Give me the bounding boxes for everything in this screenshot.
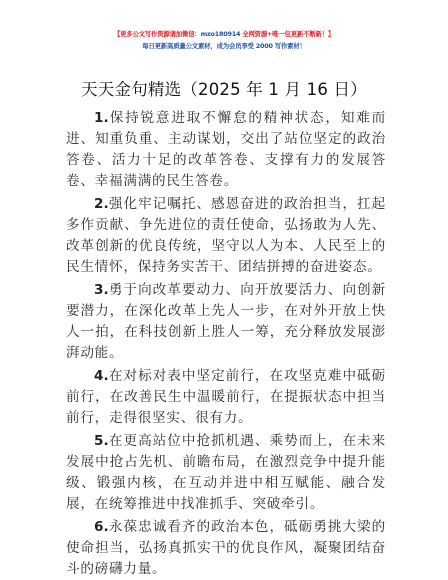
paragraph-text: 在更高站位中抢抓机遇、乘势而上，在未来发展中抢占先机、前瞻布局，在激烈竞争中提升… [66, 433, 386, 512]
paragraph-number: 2. [94, 196, 109, 212]
paragraph-number: 1. [94, 110, 109, 126]
quote-paragraph-4: 4.在对标对表中坚定前行，在攻坚克难中砥砺前行，在改善民生中温暖前行，在提振状态… [66, 366, 386, 429]
quote-paragraph-2: 2.强化牢记嘱托、感恩奋进的政治担当，扛起多作贡献、争先进位的责任使命，弘扬敢为… [66, 194, 386, 278]
quote-paragraph-3: 3.勇于向改革要动力、向开放要活力、向创新要潜力，在深化改革上先人一步，在对外开… [66, 280, 386, 364]
paragraph-number: 6. [94, 519, 109, 535]
paragraph-text: 强化牢记嘱托、感恩奋进的政治担当，扛起多作贡献、争先进位的责任使命，弘扬敢为人先… [66, 196, 386, 275]
promo-suffix: 全网资源+唯一包更新不断新！】 [240, 30, 334, 38]
paragraph-text: 在对标对表中坚定前行，在攻坚克难中砥砺前行，在改善民生中温暖前行，在提振状态中担… [66, 368, 386, 426]
promo-banner-line-2: 每日更新高质量公文素材，成为会员享受 2000 写作素材！ [0, 42, 448, 51]
promo-wechat-id: mzo180914 [201, 30, 241, 38]
document-title: 天天金句精选（2025 年 1 月 16 日） [0, 79, 448, 101]
quote-paragraph-5: 5.在更高站位中抢抓机遇、乘势而上，在未来发展中抢占先机、前瞻布局，在激烈竞争中… [66, 431, 386, 515]
promo-banner-line-1: 【更多公文写作资源请加微信：mzo180914 全网资源+唯一包更新不断新！】 [0, 30, 448, 39]
paragraph-number: 5. [94, 433, 109, 449]
quote-paragraph-1: 1.保持锐意进取不懈怠的精神状态，知难而进、知重负重、主动谋划，交出了站位坚定的… [66, 108, 386, 192]
paragraph-text: 勇于向改革要动力、向开放要活力、向创新要潜力，在深化改革上先人一步，在对外开放上… [66, 282, 386, 361]
paragraph-number: 3. [94, 282, 109, 298]
paragraph-text: 保持锐意进取不懈怠的精神状态，知难而进、知重负重、主动谋划，交出了站位坚定的政治… [66, 110, 386, 189]
paragraph-number: 4. [94, 368, 109, 384]
page-number: 1 [0, 542, 448, 550]
document-page: 【更多公文写作资源请加微信：mzo180914 全网资源+唯一包更新不断新！】 … [0, 0, 448, 580]
promo-prefix: 【更多公文写作资源请加微信： [114, 30, 201, 38]
document-body: 1.保持锐意进取不懈怠的精神状态，知难而进、知重负重、主动谋划，交出了站位坚定的… [66, 108, 386, 580]
